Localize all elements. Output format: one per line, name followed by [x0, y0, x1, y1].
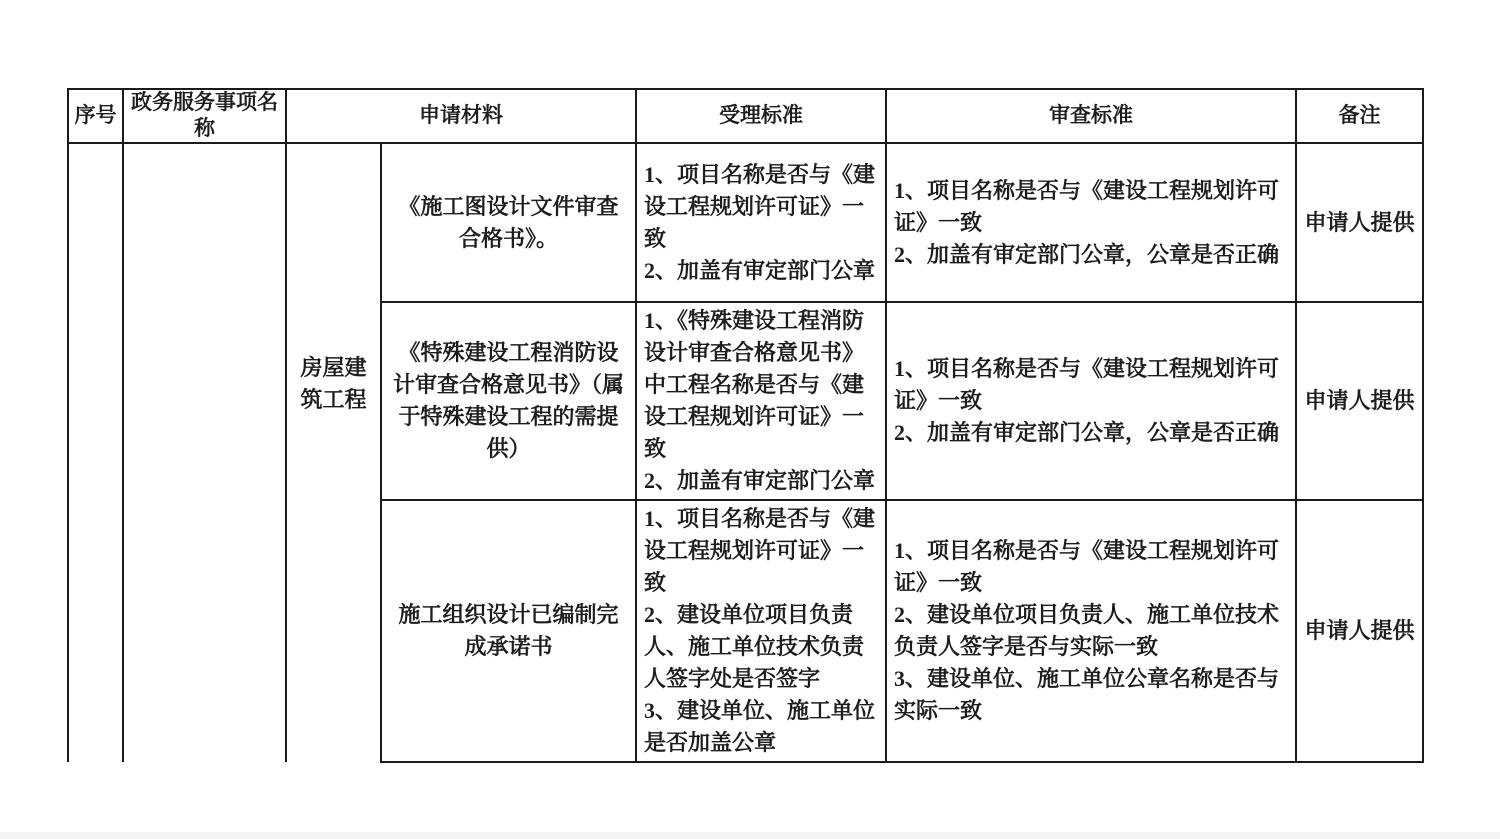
acceptance-cell: 1、项目名称是否与《建设工程规划许可证》一致 2、加盖有审定部门公章: [636, 143, 886, 302]
header-row: 序号 政务服务事项名称 申请材料 受理标准 审查标准 备注: [68, 89, 1423, 143]
material-cell: 《特殊建设工程消防设计审查合格意见书》（属于特殊建设工程的需提供）: [381, 302, 636, 500]
review-cell: 1、项目名称是否与《建设工程规划许可证》一致 2、加盖有审定部门公章，公章是否正…: [886, 302, 1296, 500]
review-cell: 1、项目名称是否与《建设工程规划许可证》一致 2、加盖有审定部门公章，公章是否正…: [886, 143, 1296, 302]
review-cell: 1、项目名称是否与《建设工程规划许可证》一致 2、建设单位项目负责人、施工单位技…: [886, 500, 1296, 762]
acceptance-cell: 1、项目名称是否与《建设工程规划许可证》一致 2、建设单位项目负责人、施工单位技…: [636, 500, 886, 762]
header-remarks: 备注: [1296, 89, 1423, 143]
header-review: 审查标准: [886, 89, 1296, 143]
service-name-cell: [123, 143, 286, 762]
category-cell: 房屋建筑工程: [286, 143, 381, 762]
material-cell: 《施工图设计文件审查合格书》。: [381, 143, 636, 302]
acceptance-cell: 1、《特殊建设工程消防设计审查合格意见书》中工程名称是否与《建设工程规划许可证》…: [636, 302, 886, 500]
remark-cell: 申请人提供: [1296, 500, 1423, 762]
header-materials: 申请材料: [286, 89, 636, 143]
table-row: 房屋建筑工程 《施工图设计文件审查合格书》。 1、项目名称是否与《建设工程规划许…: [68, 143, 1423, 302]
material-cell: 施工组织设计已编制完成承诺书: [381, 500, 636, 762]
header-index: 序号: [68, 89, 123, 143]
review-standards-table: 序号 政务服务事项名称 申请材料 受理标准 审查标准 备注 房屋建筑工程 《施工…: [67, 88, 1424, 763]
remark-cell: 申请人提供: [1296, 143, 1423, 302]
header-acceptance: 受理标准: [636, 89, 886, 143]
document-page: 序号 政务服务事项名称 申请材料 受理标准 审查标准 备注 房屋建筑工程 《施工…: [0, 0, 1500, 839]
index-cell: [68, 143, 123, 762]
remark-cell: 申请人提供: [1296, 302, 1423, 500]
page-bottom-edge: [0, 832, 1500, 839]
header-service-name: 政务服务事项名称: [123, 89, 286, 143]
